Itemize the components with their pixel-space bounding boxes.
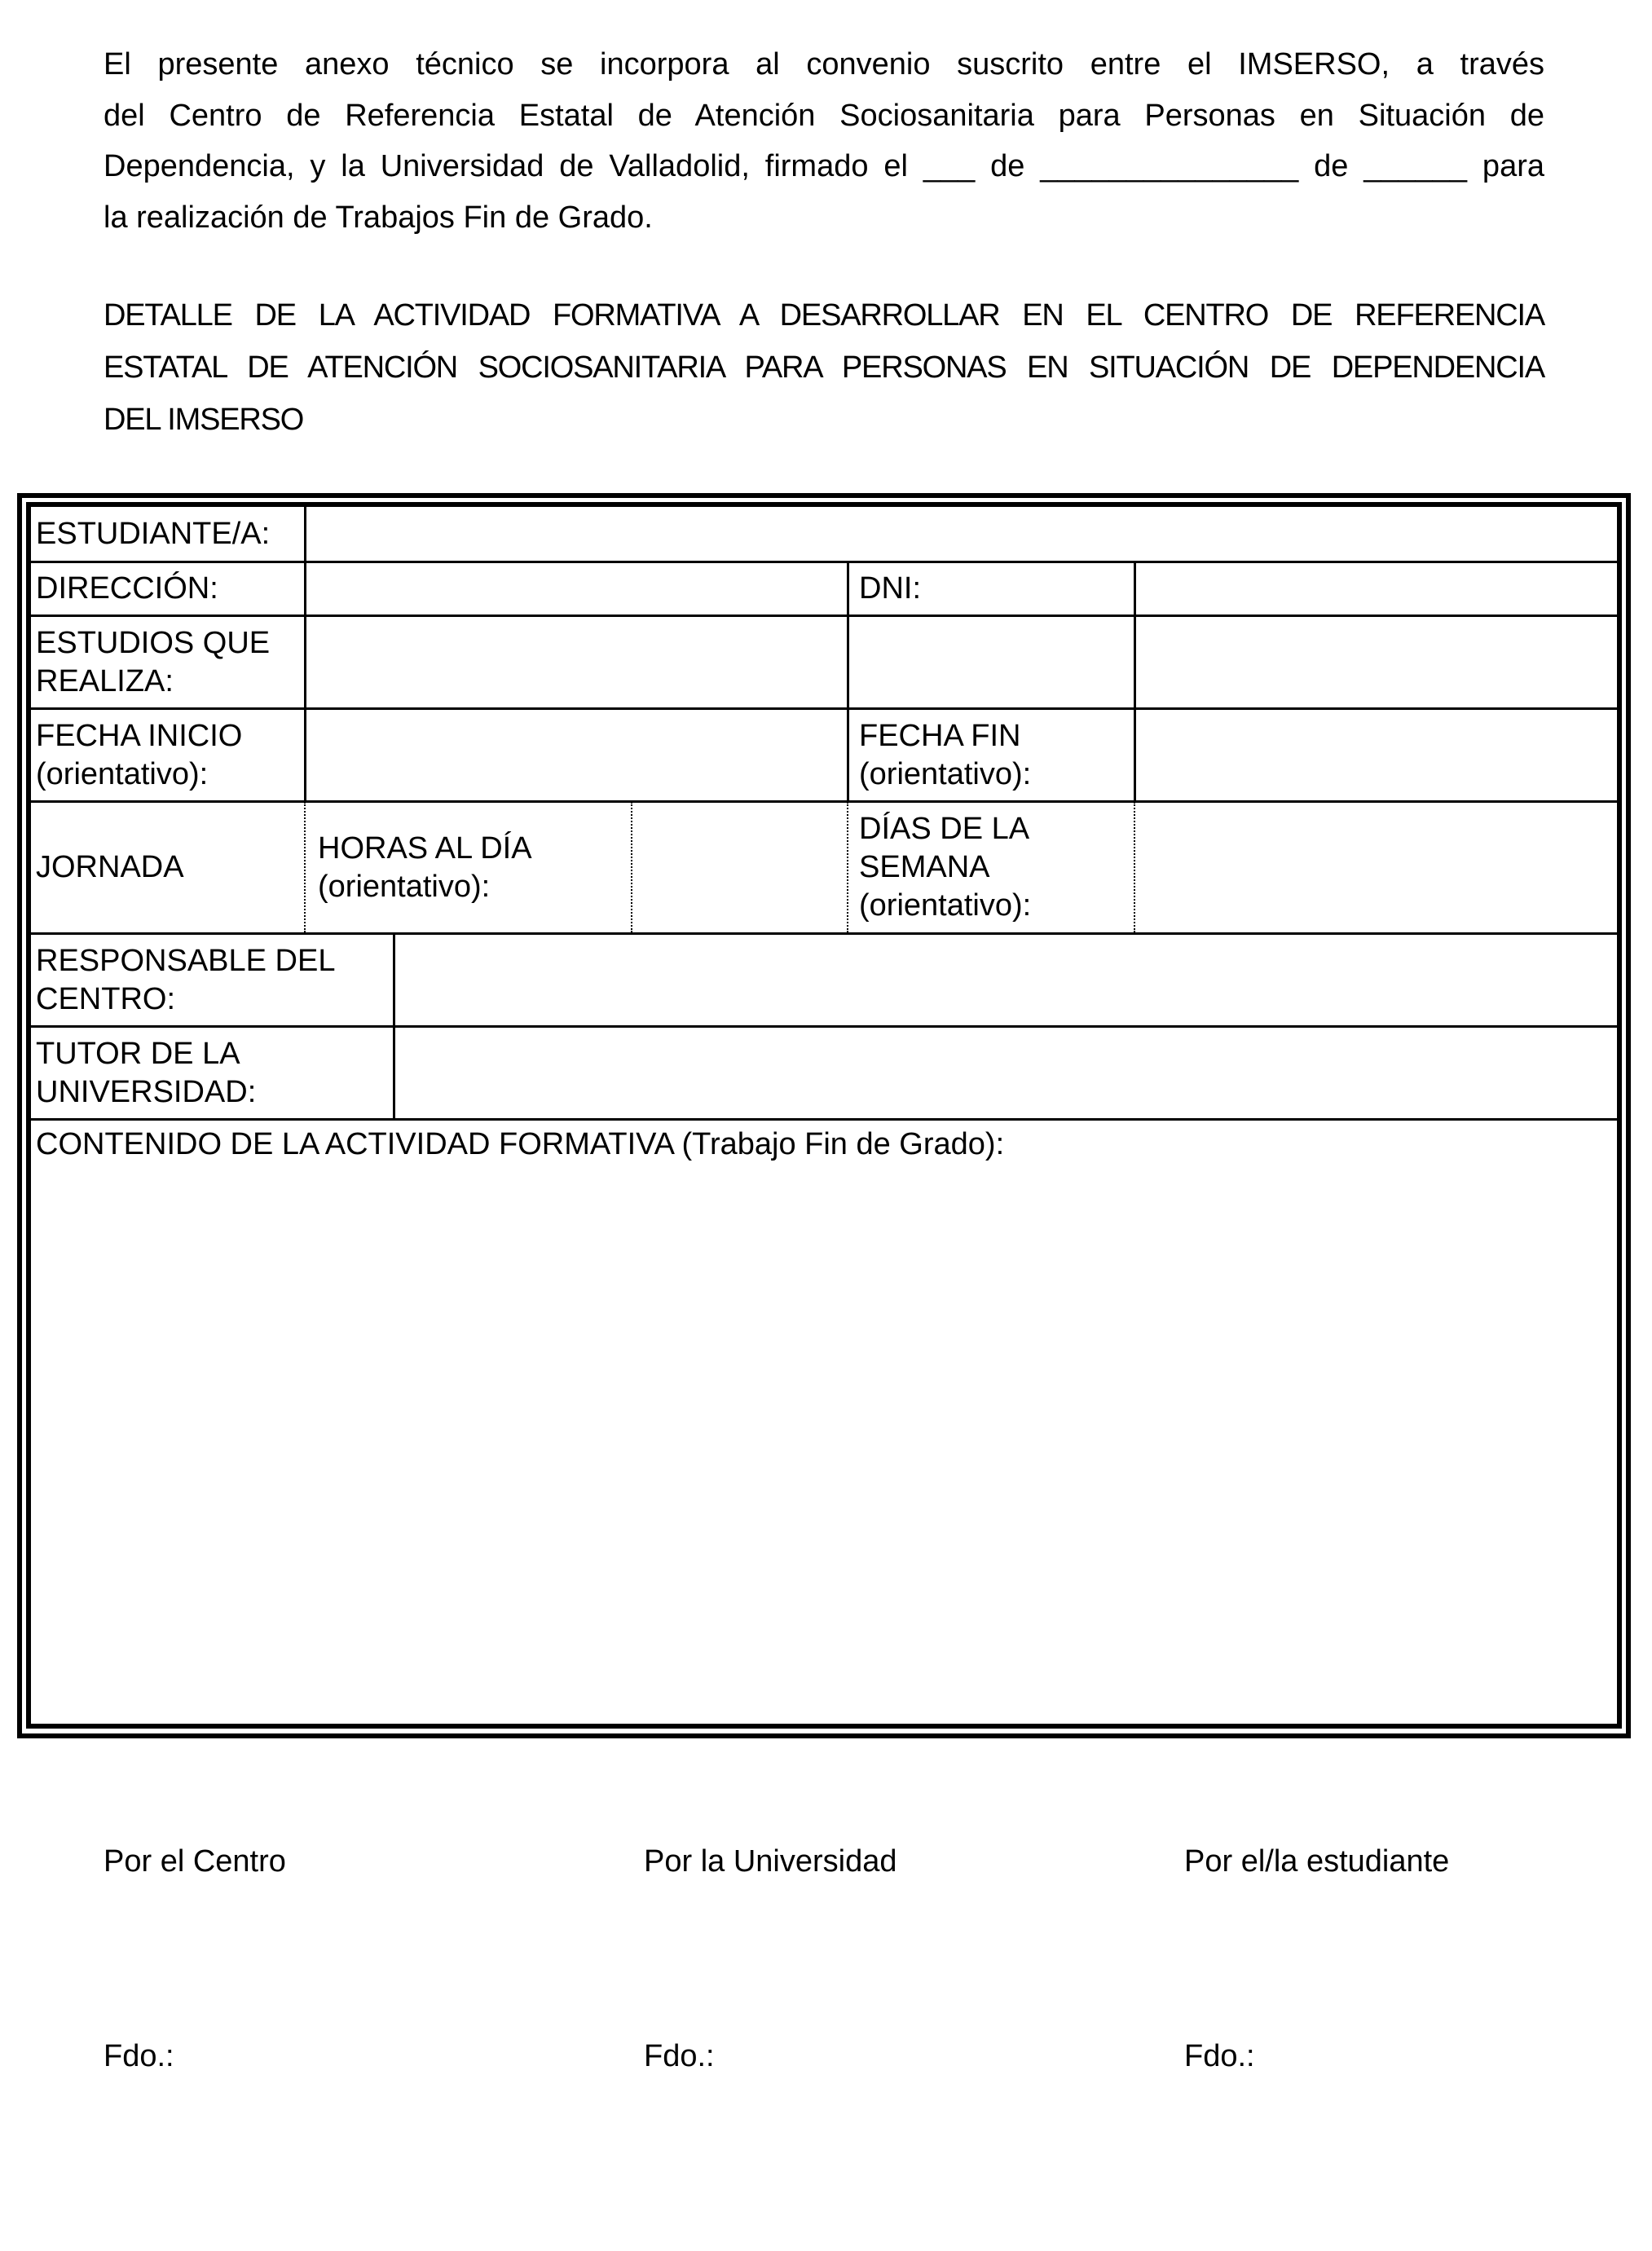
label-direccion: DIRECCIÓN: (31, 563, 304, 615)
col-divider-dotted (847, 802, 848, 932)
field-estudios-extra-2[interactable] (1136, 617, 1617, 707)
field-contenido-actividad[interactable]: CONTENIDO DE LA ACTIVIDAD FORMATIVA (Tra… (31, 1121, 1617, 1724)
label-text: (orientativo): (36, 755, 208, 794)
intro-line: la realización de Trabajos Fin de Grado. (104, 192, 1544, 244)
field-estudiante[interactable] (306, 507, 1617, 561)
label-fecha-inicio: FECHA INICIO (orientativo): (31, 710, 304, 800)
label-dni: DNI: (849, 563, 1134, 615)
field-horas-al-dia[interactable] (633, 803, 847, 932)
label-text: TUTOR DE LA (36, 1035, 240, 1073)
intro-line-date-blanks: Dependencia, y la Universidad de Vallado… (104, 141, 1544, 192)
label-text: FECHA FIN (859, 717, 1020, 755)
label-text: (orientativo): (318, 868, 490, 906)
label-text: SEMANA (859, 848, 989, 887)
label-text: RESPONSABLE DEL (36, 942, 335, 980)
intro-line: El presente anexo técnico se incorpora a… (104, 39, 1544, 90)
field-responsable-centro[interactable] (395, 935, 1617, 1025)
field-direccion[interactable] (306, 563, 847, 615)
field-dias-semana[interactable] (1136, 803, 1617, 932)
field-dni[interactable] (1136, 563, 1617, 615)
label-text: DÍAS DE LA (859, 810, 1029, 848)
label-text: UNIVERSIDAD: (36, 1073, 256, 1112)
label-text: HORAS AL DÍA (318, 830, 532, 868)
label-text: FECHA INICIO (36, 717, 242, 755)
label-dias-semana: DÍAS DE LA SEMANA (orientativo): (849, 803, 1134, 932)
label-contenido: CONTENIDO DE LA ACTIVIDAD FORMATIVA (Tra… (36, 1125, 1004, 1164)
col-divider-dotted (631, 802, 632, 932)
signature-fdo-universidad: Fdo.: (644, 2038, 715, 2074)
activity-form-table: ESTUDIANTE/A: DIRECCIÓN: DNI: ESTUDIOS Q… (31, 507, 1617, 1724)
label-estudios: ESTUDIOS QUE REALIZA: (31, 617, 304, 707)
section-heading: DETALLE DE LA ACTIVIDAD FORMATIVA A DESA… (104, 289, 1544, 446)
label-text: REALIZA: (36, 663, 174, 701)
label-fecha-fin: FECHA FIN (orientativo): (849, 710, 1134, 800)
intro-line: del Centro de Referencia Estatal de Aten… (104, 90, 1544, 142)
label-text: JORNADA (36, 848, 184, 887)
label-tutor-universidad: TUTOR DE LA UNIVERSIDAD: (31, 1028, 393, 1118)
label-text: (orientativo): (859, 887, 1031, 925)
label-jornada: JORNADA (31, 803, 304, 932)
signature-label-estudiante: Por el/la estudiante (1184, 1844, 1449, 1879)
heading-line: DEL IMSERSO (104, 394, 1544, 446)
intro-paragraph: El presente anexo técnico se incorpora a… (104, 39, 1544, 243)
field-tutor-universidad[interactable] (395, 1028, 1617, 1118)
label-horas-al-dia: HORAS AL DÍA (orientativo): (306, 803, 631, 932)
heading-line: DETALLE DE LA ACTIVIDAD FORMATIVA A DESA… (104, 289, 1544, 341)
label-estudiante: ESTUDIANTE/A: (31, 507, 304, 561)
label-text: (orientativo): (859, 755, 1031, 794)
heading-line: ESTATAL DE ATENCIÓN SOCIOSANITARIA PARA … (104, 341, 1544, 394)
field-estudios[interactable] (306, 617, 847, 707)
signature-fdo-estudiante: Fdo.: (1184, 2038, 1255, 2074)
field-fecha-fin[interactable] (1136, 710, 1617, 800)
col-divider-dotted (304, 802, 306, 932)
signature-fdo-centro: Fdo.: (104, 2038, 174, 2074)
field-fecha-inicio[interactable] (306, 710, 847, 800)
label-responsable-centro: RESPONSABLE DEL CENTRO: (31, 935, 393, 1025)
field-estudios-extra-1[interactable] (849, 617, 1134, 707)
signature-label-universidad: Por la Universidad (644, 1844, 896, 1879)
label-text: DNI: (859, 570, 921, 608)
label-text: ESTUDIOS QUE (36, 624, 270, 663)
label-text: ESTUDIANTE/A: (36, 515, 270, 553)
label-text: CENTRO: (36, 980, 175, 1019)
signature-label-centro: Por el Centro (104, 1844, 286, 1879)
col-divider-dotted (1134, 802, 1135, 932)
label-text: DIRECCIÓN: (36, 570, 218, 608)
